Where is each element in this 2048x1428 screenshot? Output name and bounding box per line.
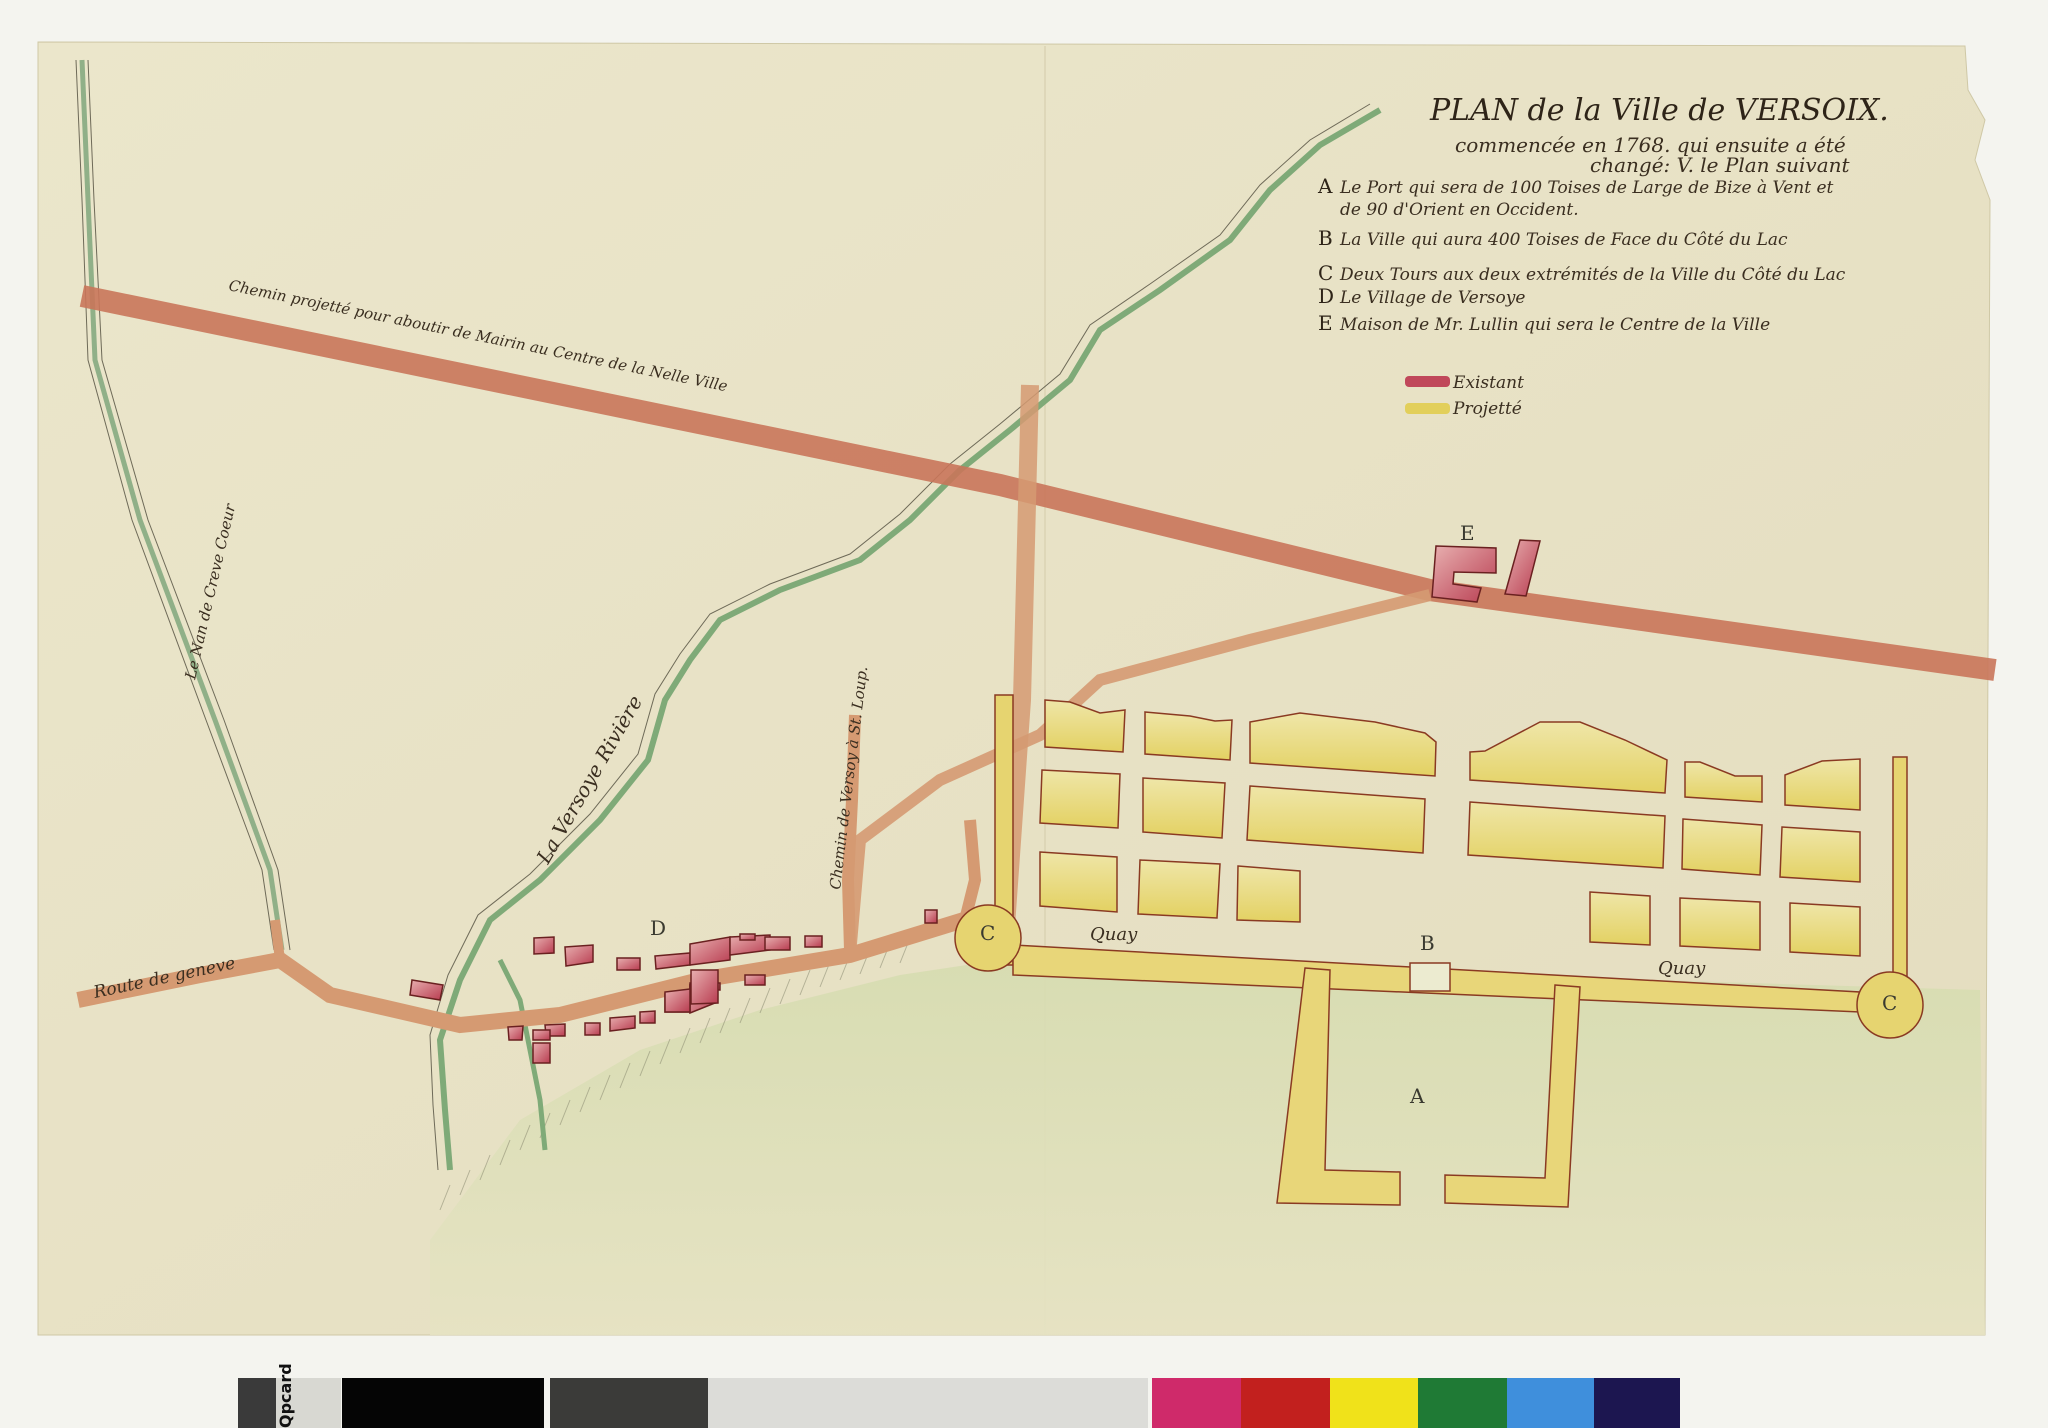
swatch-green	[1418, 1378, 1507, 1428]
key-letter-e: E	[1318, 311, 1333, 335]
letter-d: D	[650, 916, 666, 940]
key-letter-a: A	[1317, 174, 1333, 198]
map-subtitle-2: changé: V. le Plan suivant	[1590, 153, 1851, 177]
label-quay-left: Quay	[1090, 924, 1138, 945]
swatch-yellow	[1330, 1378, 1418, 1428]
map-title: PLAN de la Ville de VERSOIX.	[1429, 93, 1889, 128]
key-letter-d: D	[1318, 284, 1334, 308]
historical-map: PLAN de la Ville de VERSOIX. commencée e…	[0, 0, 2048, 1428]
color-target-edge	[238, 1378, 276, 1428]
letter-e: E	[1460, 521, 1475, 545]
swatch-dark-gray	[550, 1378, 708, 1428]
key-text-d: Le Village de Versoye	[1339, 288, 1525, 308]
letter-a: A	[1409, 1084, 1425, 1108]
letter-c-right: C	[1882, 991, 1897, 1015]
letter-c-left: C	[980, 921, 995, 945]
legend-swatch-existant	[1405, 376, 1450, 387]
key-text-a2: de 90 d'Orient en Occident.	[1340, 200, 1579, 220]
swatch-navy	[1594, 1378, 1680, 1428]
swatch-magenta	[1152, 1378, 1241, 1428]
swatch-black	[342, 1378, 544, 1428]
legend-label-projette: Projetté	[1452, 399, 1522, 419]
key-text-e: Maison de Mr. Lullin qui sera le Centre …	[1339, 315, 1770, 335]
key-text-c: Deux Tours aux deux extrémités de la Vil…	[1339, 265, 1846, 285]
color-target-label: Qpcard	[276, 1378, 341, 1428]
legend-swatch-projette	[1405, 403, 1450, 414]
key-text-b: La Ville qui aura 400 Toises de Face du …	[1339, 230, 1788, 250]
key-letter-c: C	[1318, 261, 1333, 285]
key-letter-b: B	[1318, 226, 1333, 250]
swatch-blue	[1507, 1378, 1594, 1428]
swatch-red	[1241, 1378, 1330, 1428]
letter-b: B	[1420, 931, 1435, 955]
key-text-a: Le Port qui sera de 100 Toises de Large …	[1339, 178, 1834, 198]
label-quay-right: Quay	[1658, 958, 1706, 979]
legend-label-existant: Existant	[1452, 373, 1524, 393]
swatch-light-gray	[708, 1378, 1148, 1428]
